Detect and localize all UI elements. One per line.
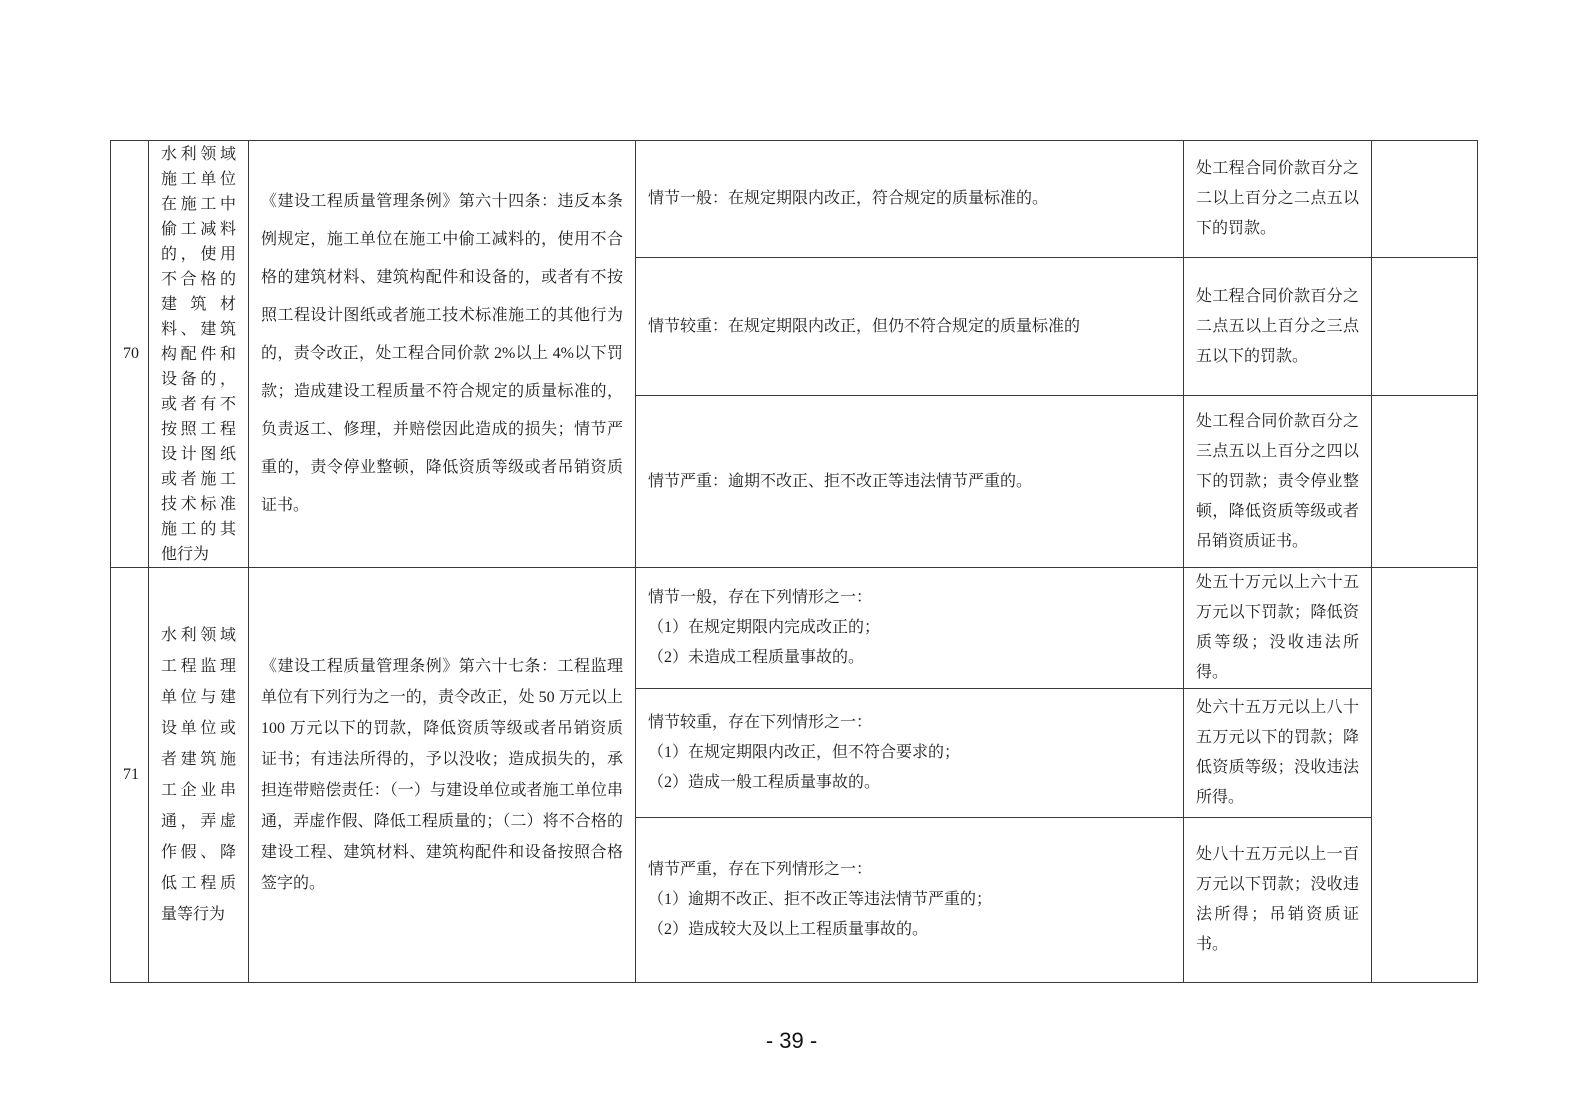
row-70-violation: 水利领域施工单位在施工中偷工减料的，使用不合格的建筑材料、建筑构配件和设备的，或… bbox=[149, 141, 249, 568]
circumstance-line: 情节较重，存在下列情形之一： bbox=[648, 708, 1171, 738]
circumstance-line: 情节严重：逾期不改正、拒不改正等违法情节严重的。 bbox=[648, 467, 1171, 497]
row-71-circumstance-serious: 情节严重，存在下列情形之一： （1）逾期不改正、拒不改正等违法情节严重的； （2… bbox=[636, 818, 1184, 983]
row-70-note-relatively-serious bbox=[1372, 258, 1478, 396]
circumstance-line: 情节较重：在规定期限内改正，但仍不符合规定的质量标准的 bbox=[648, 312, 1171, 342]
row-71-legal-basis: 《建设工程质量管理条例》第六十七条：工程监理单位有下列行为之一的，责令改正，处 … bbox=[249, 568, 636, 983]
circumstance-line: （1）逾期不改正、拒不改正等违法情节严重的； bbox=[648, 885, 1171, 915]
row-70-legal-basis: 《建设工程质量管理条例》第六十四条：违反本条例规定，施工单位在施工中偷工减料的，… bbox=[249, 141, 636, 568]
circumstance-line: （1）在规定期限内完成改正的； bbox=[648, 613, 1171, 643]
row-71-violation: 水利领域工程监理单位与建设单位或者建筑施工企业串通，弄虚作假、降低工程质量等行为 bbox=[149, 568, 249, 983]
circumstance-line: （1）在规定期限内改正，但不符合要求的； bbox=[648, 738, 1171, 768]
row-70-circumstance-general: 情节一般：在规定期限内改正，符合规定的质量标准的。 bbox=[636, 141, 1184, 258]
row-70-circumstance-serious: 情节严重：逾期不改正、拒不改正等违法情节严重的。 bbox=[636, 396, 1184, 568]
violation-text: 水利领域施工单位在施工中偷工减料的，使用不合格的建筑材料、建筑构配件和设备的，或… bbox=[161, 142, 236, 567]
penalty-text: 处工程合同价款百分之二点五以上百分之三点五以下的罚款。 bbox=[1196, 282, 1359, 372]
circumstance-line: （2）未造成工程质量事故的。 bbox=[648, 643, 1171, 673]
row-number: 71 bbox=[123, 766, 139, 783]
penalty-text: 处六十五万元以上八十五万元以下的罚款；降低资质等级；没收违法所得。 bbox=[1196, 693, 1359, 813]
row-71-note bbox=[1372, 568, 1478, 983]
row-71-penalty-relatively-serious: 处六十五万元以上八十五万元以下的罚款；降低资质等级；没收违法所得。 bbox=[1184, 689, 1372, 818]
row-70-circumstance-relatively-serious: 情节较重：在规定期限内改正，但仍不符合规定的质量标准的 bbox=[636, 258, 1184, 396]
table-row: 71 水利领域工程监理单位与建设单位或者建筑施工企业串通，弄虚作假、降低工程质量… bbox=[111, 568, 1478, 689]
row-70-penalty-serious: 处工程合同价款百分之三点五以上百分之四以下的罚款；责令停业整顿，降低资质等级或者… bbox=[1184, 396, 1372, 568]
row-70-number: 70 bbox=[111, 141, 149, 568]
circumstance-line: （2）造成较大及以上工程质量事故的。 bbox=[648, 915, 1171, 945]
penalty-text: 处工程合同价款百分之三点五以上百分之四以下的罚款；责令停业整顿，降低资质等级或者… bbox=[1196, 407, 1359, 557]
row-71-circumstance-relatively-serious: 情节较重，存在下列情形之一： （1）在规定期限内改正，但不符合要求的； （2）造… bbox=[636, 689, 1184, 818]
penalty-text: 处八十五万元以上一百万元以下罚款；没收违法所得；吊销资质证书。 bbox=[1196, 840, 1359, 960]
penalty-standards-table: 70 水利领域施工单位在施工中偷工减料的，使用不合格的建筑材料、建筑构配件和设备… bbox=[110, 140, 1478, 983]
row-70-penalty-relatively-serious: 处工程合同价款百分之二点五以上百分之三点五以下的罚款。 bbox=[1184, 258, 1372, 396]
row-70-note-general bbox=[1372, 141, 1478, 258]
row-70-note-serious bbox=[1372, 396, 1478, 568]
penalty-text: 处工程合同价款百分之二以上百分之二点五以下的罚款。 bbox=[1196, 154, 1359, 244]
row-71-penalty-general: 处五十万元以上六十五万元以下罚款；降低资质等级；没收违法所得。 bbox=[1184, 568, 1372, 689]
row-71-number: 71 bbox=[111, 568, 149, 983]
row-71-penalty-serious: 处八十五万元以上一百万元以下罚款；没收违法所得；吊销资质证书。 bbox=[1184, 818, 1372, 983]
penalty-text: 处五十万元以上六十五万元以下罚款；降低资质等级；没收违法所得。 bbox=[1196, 568, 1359, 688]
document-page: 70 水利领域施工单位在施工中偷工减料的，使用不合格的建筑材料、建筑构配件和设备… bbox=[0, 0, 1583, 1118]
violation-text: 水利领域工程监理单位与建设单位或者建筑施工企业串通，弄虚作假、降低工程质量等行为 bbox=[161, 620, 236, 930]
circumstance-line: （2）造成一般工程质量事故的。 bbox=[648, 768, 1171, 798]
row-70-penalty-general: 处工程合同价款百分之二以上百分之二点五以下的罚款。 bbox=[1184, 141, 1372, 258]
page-number: - 39 - bbox=[0, 1028, 1583, 1054]
row-number: 70 bbox=[123, 345, 139, 362]
row-71-circumstance-general: 情节一般，存在下列情形之一： （1）在规定期限内完成改正的； （2）未造成工程质… bbox=[636, 568, 1184, 689]
legal-basis-text: 《建设工程质量管理条例》第六十四条：违反本条例规定，施工单位在施工中偷工减料的，… bbox=[261, 183, 623, 525]
circumstance-line: 情节一般，存在下列情形之一： bbox=[648, 583, 1171, 613]
circumstance-line: 情节严重，存在下列情形之一： bbox=[648, 855, 1171, 885]
circumstance-line: 情节一般：在规定期限内改正，符合规定的质量标准的。 bbox=[648, 184, 1171, 214]
legal-basis-text: 《建设工程质量管理条例》第六十七条：工程监理单位有下列行为之一的，责令改正，处 … bbox=[261, 651, 623, 899]
table-row: 70 水利领域施工单位在施工中偷工减料的，使用不合格的建筑材料、建筑构配件和设备… bbox=[111, 141, 1478, 258]
